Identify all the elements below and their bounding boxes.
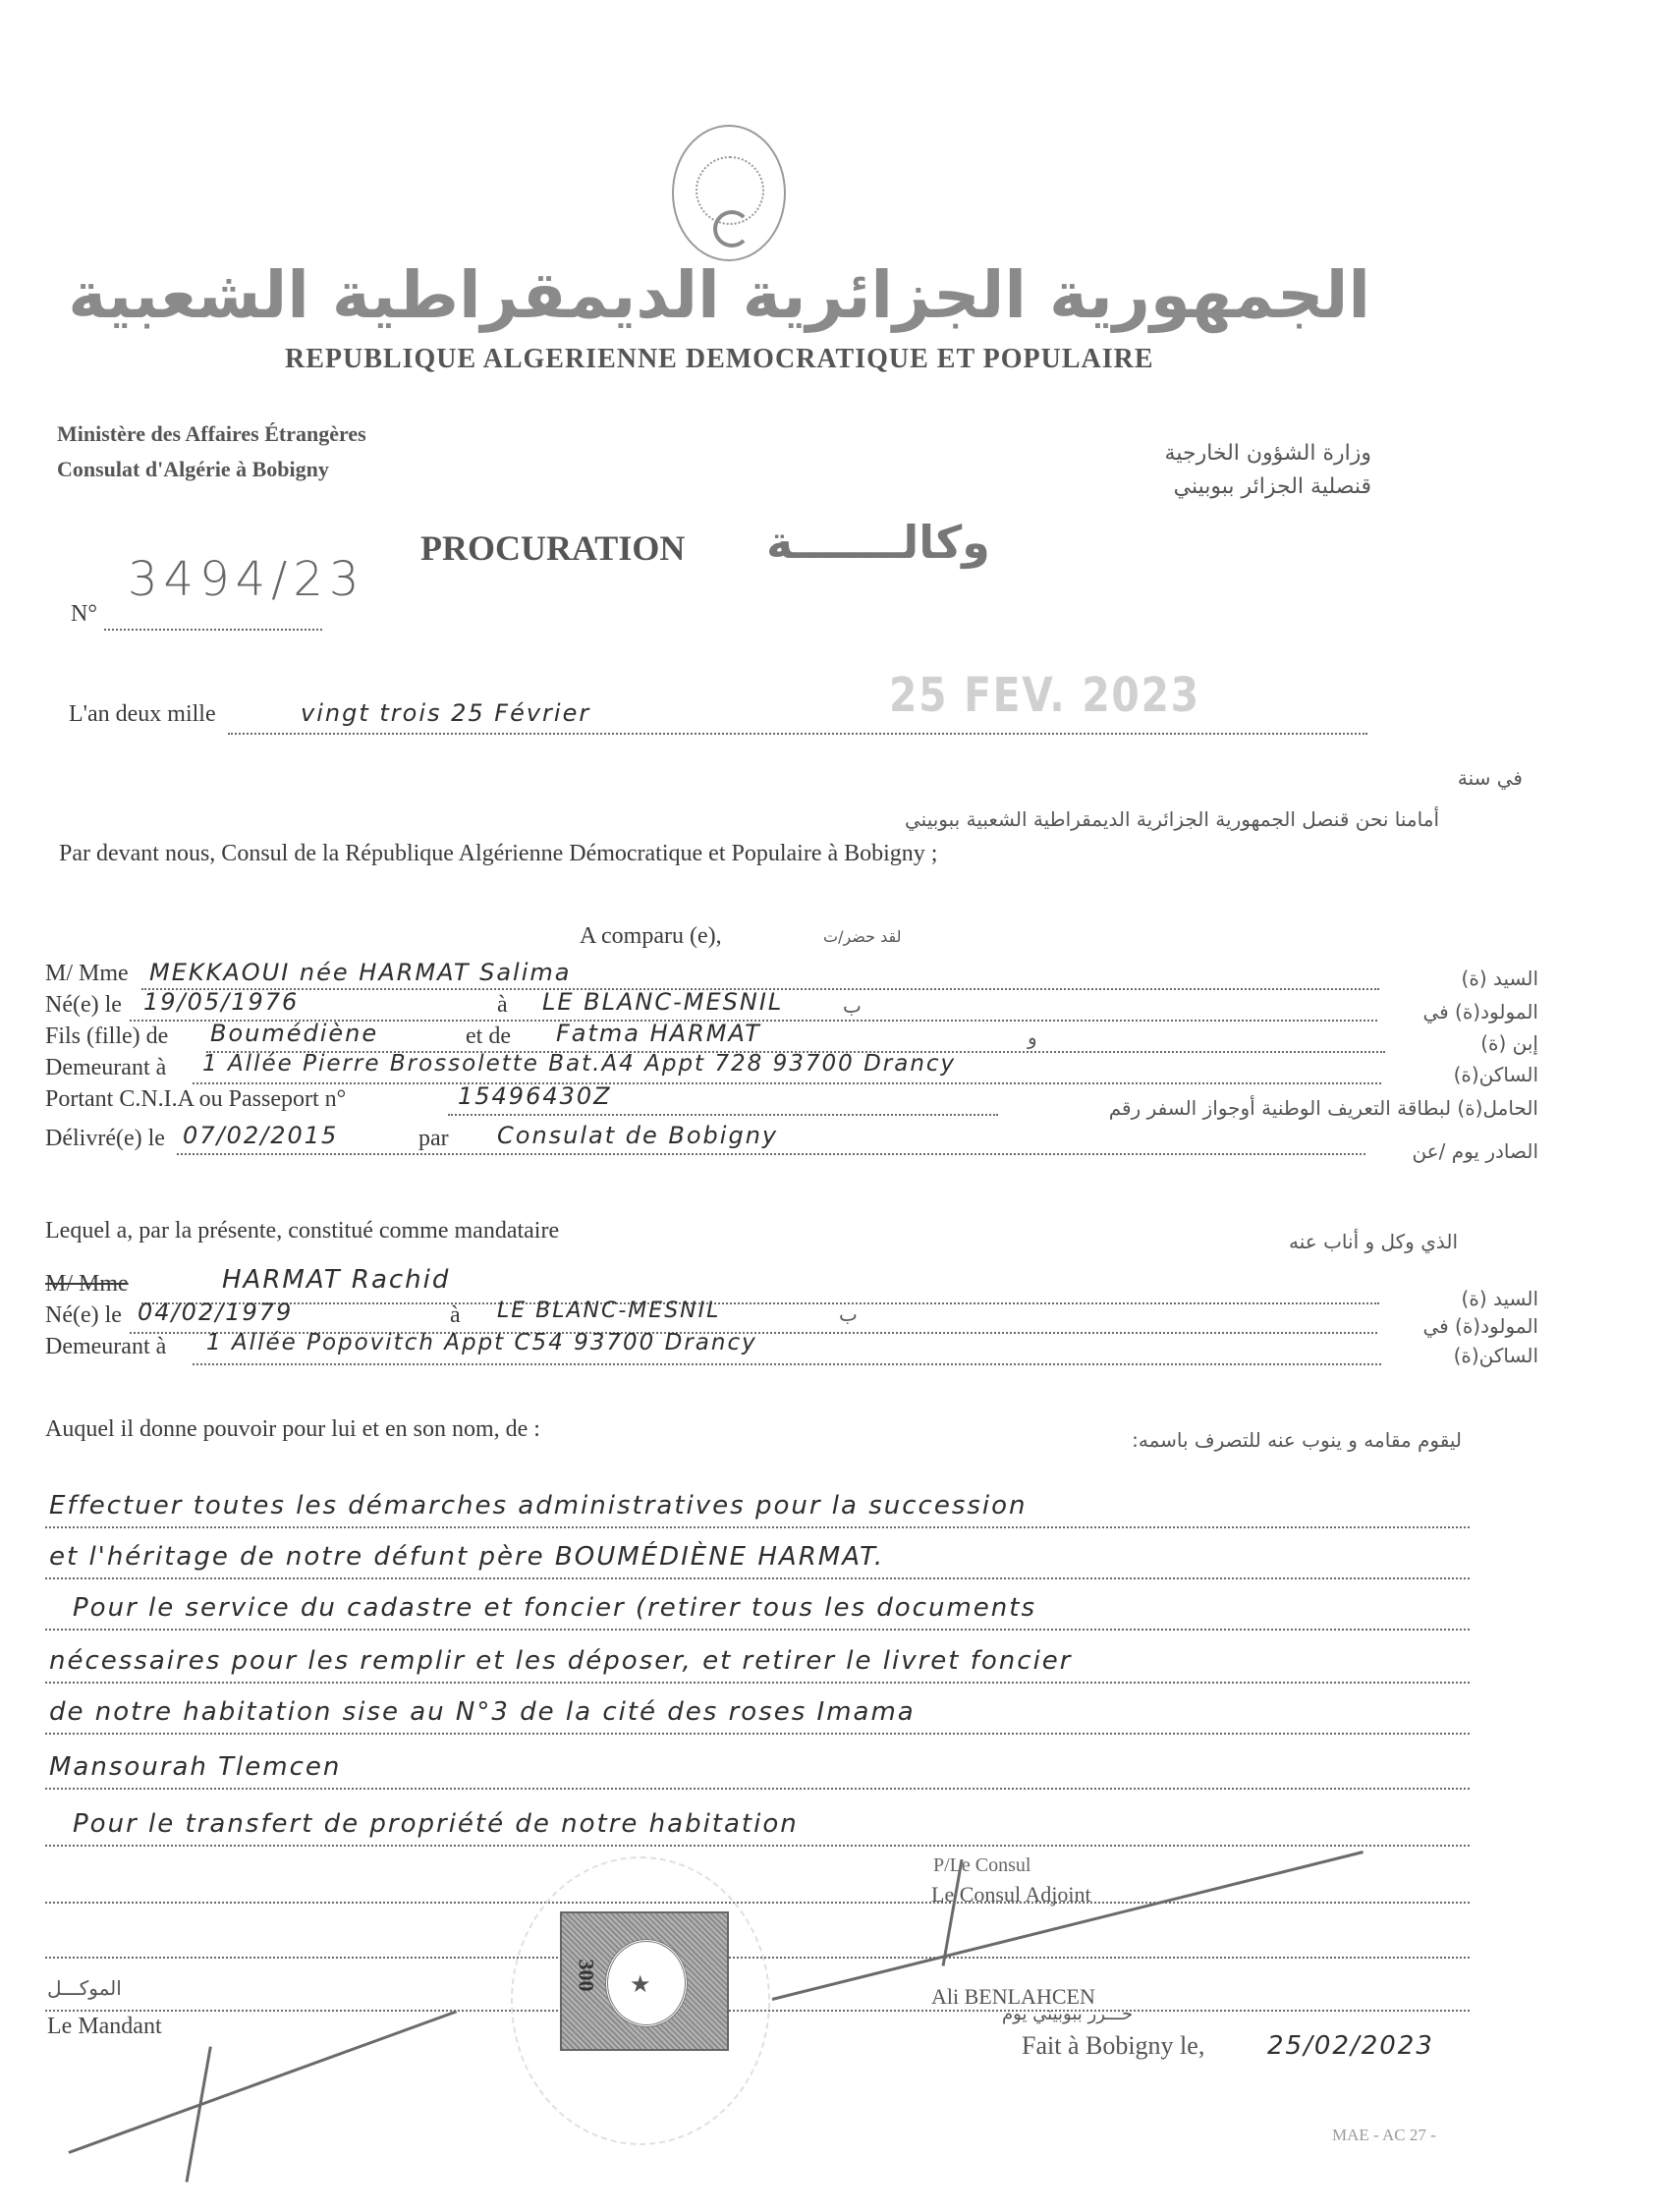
- power-line: [45, 1870, 1470, 1904]
- mandant-born-date: 19/05/1976: [143, 988, 299, 1016]
- issued-by-label: par: [418, 1126, 449, 1152]
- mandant-id-label-ar: الحامل(ة) لبطاقة التعريف الوطنية أوجواز …: [1109, 1096, 1538, 1120]
- mandant-name-value: MEKKAOUI née HARMAT Salima: [149, 959, 571, 986]
- ministry-name-ar: وزارة الشؤون الخارجية: [1165, 437, 1371, 470]
- mandant-issued-label-ar: الصادر يوم /عن: [1412, 1139, 1538, 1163]
- power-line-text: Pour le service du cadastre et foncier (…: [73, 1593, 1036, 1623]
- mandataire-name-value: HARMAT Rachid: [222, 1265, 450, 1295]
- mandant-id-value: 15496430Z: [458, 1082, 612, 1110]
- power-line-text: Pour le transfert de propriété de notre …: [73, 1809, 799, 1839]
- done-at-fr: Fait à Bobigny le,: [1022, 2031, 1204, 2061]
- mandant-residence-value: 1 Allée Pierre Brossolette Bat.A4 Appt 7…: [202, 1051, 956, 1077]
- done-at-ar: حـــرر ببوبيني يوم: [1002, 2004, 1133, 2024]
- power-line: nécessaires pour les remplir et les dépo…: [45, 1650, 1470, 1684]
- mandataire-born-label: Né(e) le: [45, 1302, 122, 1329]
- mandant-label-ar: الموكـــل: [47, 1976, 122, 2000]
- dotted-line: [45, 1882, 1470, 1904]
- father-name: Boumédiène: [210, 1020, 378, 1047]
- mandataire-intro-fr: Lequel a, par la présente, constitué com…: [45, 1218, 559, 1244]
- mandant-issued-by: Consulat de Bobigny: [497, 1122, 778, 1149]
- mandataire-residence-label: Demeurant à: [45, 1334, 166, 1360]
- before-us-ar: أمامنا نحن قنصل الجمهورية الجزائرية الدي…: [905, 807, 1439, 831]
- mandant-born-place: LE BLANC-MESNIL: [542, 988, 783, 1016]
- number-dotted-line: [104, 609, 322, 631]
- consulate-name-fr: Consulat d'Algérie à Bobigny: [57, 452, 366, 487]
- mandataire-born-place: LE BLANC-MESNIL: [497, 1299, 720, 1323]
- power-line: et l'héritage de notre défunt père BOUMÉ…: [45, 1546, 1470, 1579]
- republic-title-fr: REPUBLIQUE ALGERIENNE DEMOCRATIQUE ET PO…: [285, 344, 1154, 375]
- mandant-label-fr: Le Mandant: [47, 2014, 162, 2040]
- consul-for: P/Le Consul: [933, 1854, 1030, 1877]
- power-line-text: et l'héritage de notre défunt père BOUMÉ…: [49, 1542, 884, 1572]
- mandant-id-label: Portant C.N.I.A ou Passeport n°: [45, 1086, 346, 1113]
- mandataire-residence-label-ar: الساكن(ة): [1454, 1344, 1538, 1367]
- mandataire-name-label: M/ Mme: [45, 1271, 129, 1298]
- republic-title-ar: الجمهورية الجزائرية الديمقراطية الشعبية: [172, 257, 1370, 333]
- ministry-block-ar: وزارة الشؤون الخارجية قنصلية الجزائر ببو…: [1165, 437, 1371, 504]
- mandataire-residence-value: 1 Allée Popovitch Appt C54 93700 Drancy: [206, 1330, 757, 1355]
- mandant-born-label-ar: المولود(ة) في: [1422, 1000, 1538, 1023]
- power-line: Mansourah Tlemcen: [45, 1756, 1470, 1790]
- mandant-residence-label: Demeurant à: [45, 1055, 166, 1081]
- mandant-issued-label: Délivré(e) le: [45, 1126, 165, 1152]
- document-title-fr: PROCURATION: [420, 527, 685, 569]
- ministry-block-fr: Ministère des Affaires Étrangères Consul…: [57, 416, 366, 487]
- mandant-name-label: M/ Mme: [45, 961, 129, 987]
- mother-name: Fatma HARMAT: [556, 1020, 761, 1047]
- born-at-ar: ب: [843, 994, 862, 1018]
- year-label-ar: في سنة: [1458, 766, 1523, 790]
- document-title-ar: وكالـــــــة: [766, 516, 990, 569]
- appeared-fr: A comparu (e),: [580, 923, 722, 950]
- and-of-label: et de: [466, 1023, 511, 1050]
- born-at-label: à: [450, 1302, 461, 1329]
- star-icon: ★: [630, 1970, 651, 1999]
- mandant-parents-label-ar: إبن (ة): [1480, 1031, 1538, 1055]
- fiscal-stamp-value: 300: [574, 1960, 599, 1992]
- state-emblem-icon: [672, 125, 786, 261]
- before-us-fr: Par devant nous, Consul de la République…: [59, 841, 937, 867]
- dotted-line: [206, 1031, 1385, 1053]
- year-label: L'an deux mille: [69, 701, 216, 728]
- mandant-issued-date: 07/02/2015: [183, 1122, 338, 1149]
- crescent-icon: [713, 210, 751, 248]
- power-line-text: de notre habitation sise au N°3 de la ci…: [49, 1697, 916, 1727]
- fiscal-stamp: ★ 300: [560, 1911, 729, 2051]
- year-value: vingt trois 25 Février: [301, 699, 590, 727]
- power-line: Pour le transfert de propriété de notre …: [45, 1813, 1470, 1847]
- mandant-parents-label: Fils (fille) de: [45, 1023, 168, 1050]
- powers-intro-ar: ليقوم مقامه و ينوب عنه للتصرف باسمه:: [1132, 1428, 1462, 1452]
- mandataire-born-date: 04/02/1979: [138, 1299, 293, 1326]
- power-line: de notre habitation sise au N°3 de la ci…: [45, 1701, 1470, 1735]
- consulate-name-ar: قنصلية الجزائر ببوبيني: [1165, 470, 1371, 504]
- power-line-text: Mansourah Tlemcen: [49, 1752, 341, 1782]
- mandant-residence-row: Demeurant à 1 Allée Pierre Brossolette B…: [45, 1055, 1538, 1088]
- form-code: MAE - AC 27 -: [1332, 2126, 1436, 2145]
- done-date: 25/02/2023: [1267, 2031, 1434, 2061]
- procuration-number: 3494/23: [128, 552, 364, 607]
- born-at-ar: ب: [839, 1302, 858, 1326]
- power-line-text: Effectuer toutes les démarches administr…: [49, 1491, 1028, 1521]
- number-label: N°: [71, 601, 97, 628]
- mandataire-residence-row: Demeurant à 1 Allée Popovitch Appt C54 9…: [45, 1334, 1538, 1367]
- mandant-signature-stroke: [186, 2046, 212, 2182]
- ministry-name-fr: Ministère des Affaires Étrangères: [57, 416, 366, 452]
- mandant-id-row: Portant C.N.I.A ou Passeport n° 15496430…: [45, 1086, 1538, 1120]
- born-at-label: à: [497, 992, 508, 1019]
- mandant-born-label: Né(e) le: [45, 992, 122, 1019]
- powers-intro-fr: Auquel il donne pouvoir pour lui et en s…: [45, 1416, 540, 1443]
- power-line-text: nécessaires pour les remplir et les dépo…: [49, 1646, 1072, 1676]
- power-line: Effectuer toutes les démarches administr…: [45, 1495, 1470, 1528]
- and-ar: و: [1028, 1025, 1037, 1049]
- mandant-issued-row: Délivré(e) le 07/02/2015 par Consulat de…: [45, 1126, 1538, 1159]
- power-line: Pour le service du cadastre et foncier (…: [45, 1597, 1470, 1631]
- appeared-ar: لقد حضر/ت: [823, 927, 902, 946]
- mandant-name-label-ar: السيد (ة): [1462, 967, 1538, 990]
- mandant-residence-label-ar: الساكن(ة): [1454, 1063, 1538, 1086]
- mandataire-intro-ar: الذي وكل و أناب عنه: [1289, 1230, 1458, 1253]
